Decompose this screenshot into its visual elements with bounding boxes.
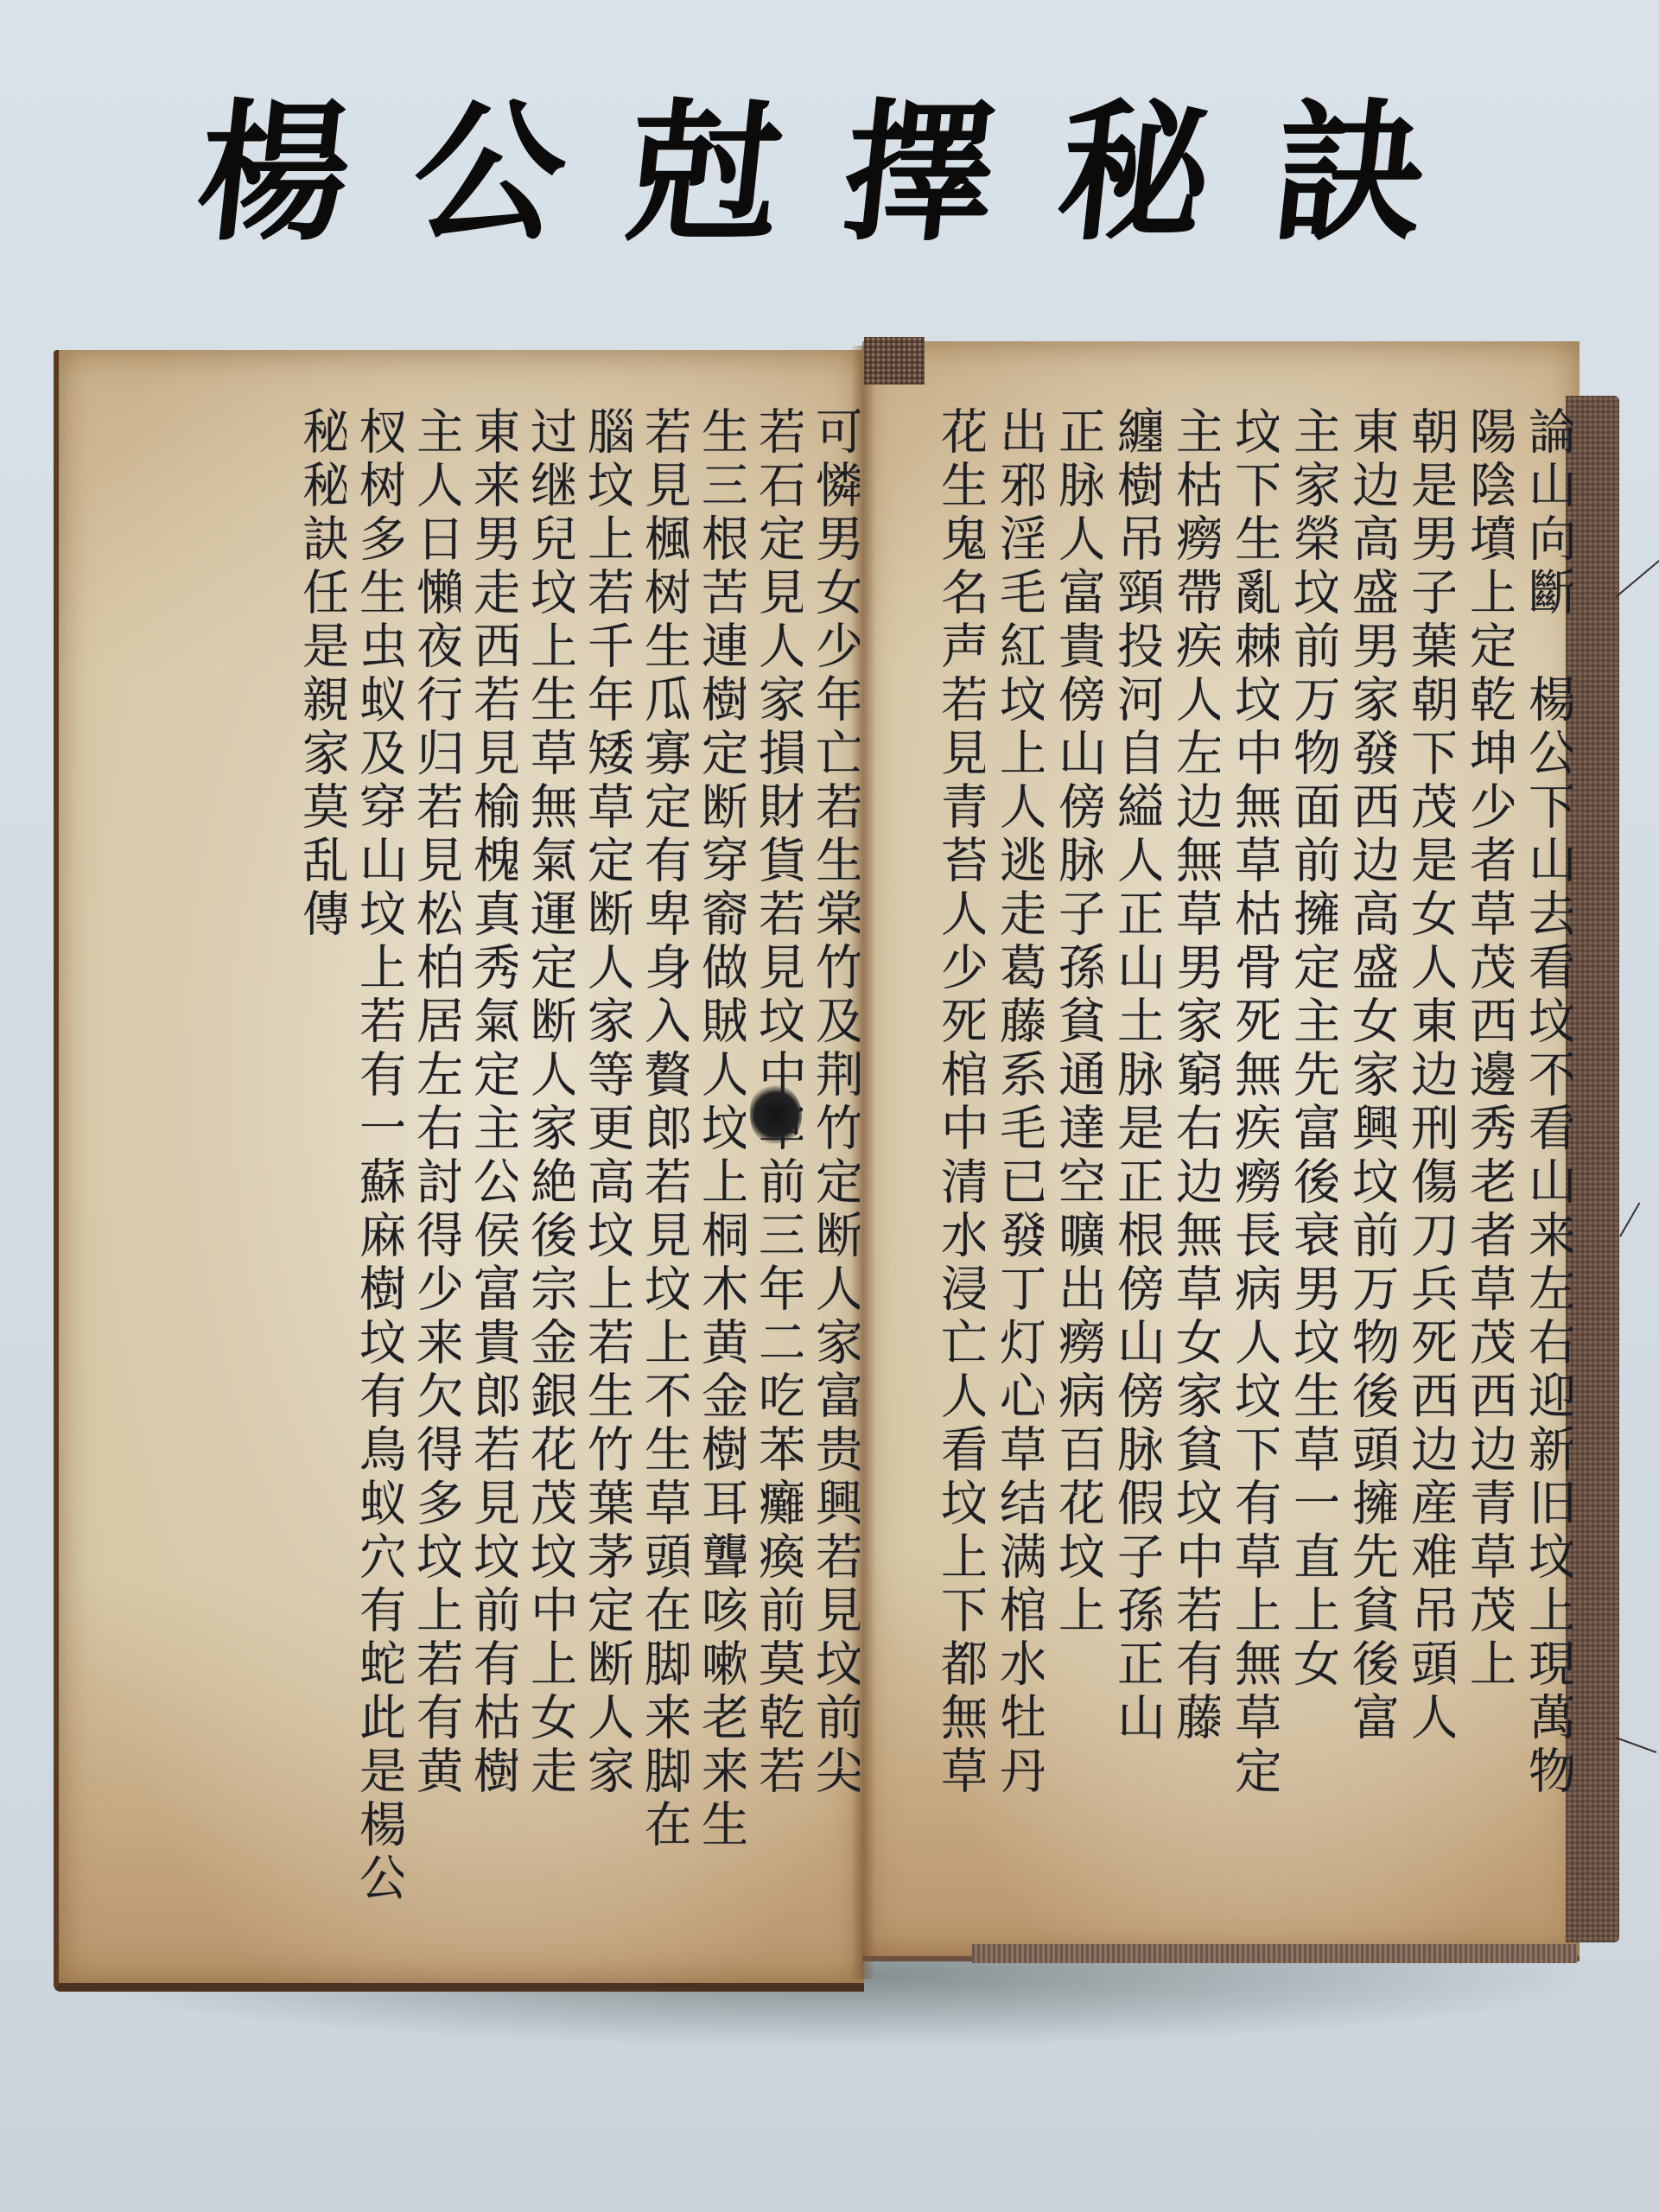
title-char: 擇 — [836, 98, 1003, 249]
text-column: 若石定見人家損財貨若見坟中草前三年二吃苯癱瘓前莫乾若 — [746, 406, 803, 1944]
text-column: 生三根苦連樹定断穿窬做賊人坟上桐木黄金樹耳聾咳嗽老来生 — [689, 406, 746, 1944]
text-column: 主枯癆帶疾人左边無草男家窮右边無草女家貧坟中若有藤 — [1161, 406, 1220, 1944]
text-column: 若見楓树生瓜寡定有卑身入贅郎若見坟上不生草頭在脚来脚在 — [632, 406, 689, 1944]
left-page-text: 可憐男女少年亡若生棠竹及荆竹定断人家富贵興若見坟前尖 若石定見人家損財貨若見坟中… — [186, 406, 860, 1944]
text-column: 过继兒坟上生草無氣運定断人家絶後宗金銀花茂坟中上女走 — [518, 406, 575, 1944]
title-char: 公 — [406, 98, 573, 249]
book-title: 楊 公 尅 擇 秘 訣 — [199, 82, 1426, 264]
text-column: 陽陰墳上定乾坤少者草茂西邊秀老者草茂西边青草茂上 — [1455, 406, 1514, 1944]
text-column: 出邪淫毛紅坟上人逃走葛藤系毛已發丁灯心草结满棺水牡丹 — [985, 406, 1044, 1944]
text-column: 腦坟上若千年矮草定断人家等更高坟上若生竹葉茅定断人家 — [575, 406, 632, 1944]
text-column: 東来男走西若見榆槐真秀氣定主公侯富貴郎若見坟前有枯樹 — [461, 406, 518, 1944]
cloth-binding-edge — [1566, 396, 1619, 1942]
text-column: 秘秘訣任是親家莫乱傳 — [289, 406, 346, 1944]
title-char: 秘 — [1052, 98, 1218, 249]
loose-thread — [1619, 1203, 1640, 1237]
title-char: 訣 — [1267, 98, 1433, 249]
title-char: 尅 — [621, 98, 788, 249]
text-column: 杈树多生虫蚁及穿山坟上若有一蘇麻樹坟有鳥蚁穴有蛇此是楊公 — [346, 406, 404, 1944]
loose-thread — [1616, 1737, 1657, 1753]
text-column: 纏樹吊頸投河自縊人正山土脉是正根傍山傍脉假子孫正山 — [1103, 406, 1161, 1944]
loose-thread — [1615, 557, 1659, 598]
text-column: 論山向斷 楊公下山去看坟不看山来左右迎新旧坟上現萬物 — [1514, 406, 1573, 1944]
text-column: 朝是男子葉朝下茂是女人東边刑傷刀兵死西边産难吊頭人 — [1396, 406, 1455, 1944]
text-column: 主人日懶夜行归若見松柏居左右討得少来欠得多坟上若有黄 — [404, 406, 461, 1944]
text-column: 坟下生亂棘坟中無草枯骨死無疾癆長病人坟下有草上無草定 — [1220, 406, 1279, 1944]
cloth-binding-bottom — [972, 1944, 1577, 1963]
right-page-text: 論山向斷 楊公下山去看坟不看山来左右迎新旧坟上現萬物 陽陰墳上定乾坤少者草茂西邊… — [881, 406, 1573, 1944]
text-column: 可憐男女少年亡若生棠竹及荆竹定断人家富贵興若見坟前尖 — [803, 406, 860, 1944]
cloth-binding-top — [864, 337, 925, 385]
text-column: 花生鬼名声若見青苔人少死棺中清水浸亡人看坟上下都無草 — [926, 406, 985, 1944]
text-column: 主家榮坟前万物面前擁定主先富後衰男坟生草一直上女 — [1279, 406, 1338, 1944]
title-char: 楊 — [191, 98, 358, 249]
ink-blot — [750, 1084, 802, 1145]
text-column: 東边高盛男家發西边高盛女家興坟前万物後頭擁先貧後富 — [1338, 406, 1396, 1944]
text-column: 正脉人富貴傍山傍脉子孫貧通達空曠出癆病百花坟上 — [1044, 406, 1103, 1944]
